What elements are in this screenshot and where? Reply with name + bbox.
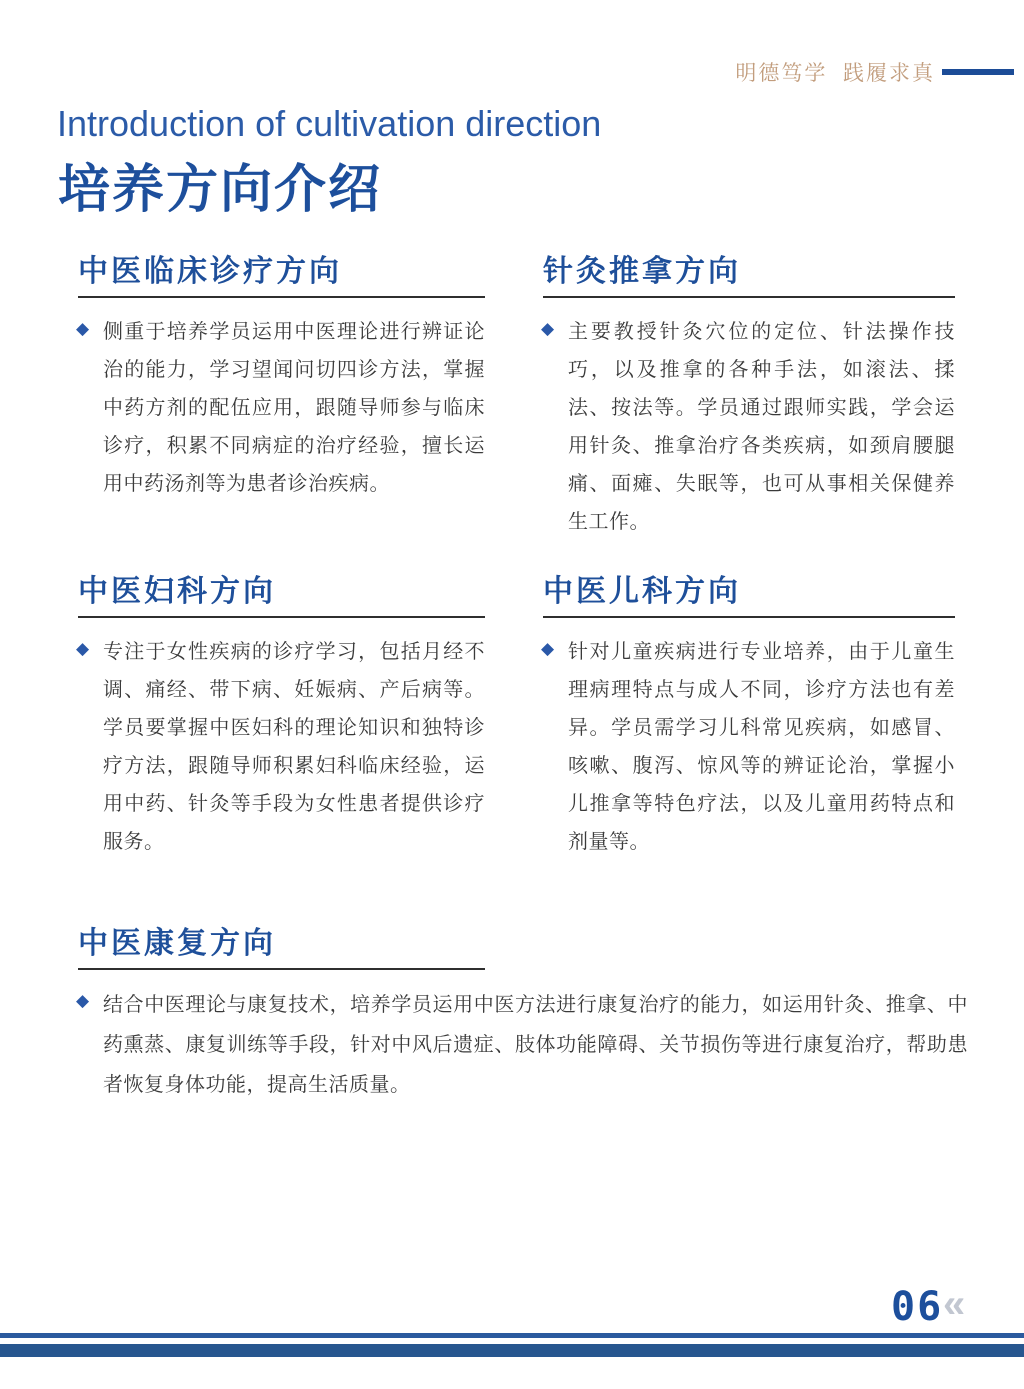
section-paragraph: ◆ 针对儿童疾病进行专业培养，由于儿童生理病理特点与成人不同，诊疗方法也有差异。…: [543, 633, 955, 861]
page-title-chinese: 培养方向介绍: [58, 147, 382, 222]
section-title: 中医临床诊疗方向: [78, 256, 485, 298]
section-body: 侧重于培养学员运用中医理论进行辨证论治的能力，学习望闻问切四诊方法，掌握中药方剂…: [103, 313, 485, 503]
page-title-english: Introduction of cultivation direction: [57, 103, 601, 145]
section-body: 针对儿童疾病进行专业培养，由于儿童生理病理特点与成人不同，诊疗方法也有差异。学员…: [568, 633, 955, 861]
section-body: 结合中医理论与康复技术，培养学员运用中医方法进行康复治疗的能力，如运用针灸、推拿…: [103, 985, 968, 1105]
diamond-bullet-icon: ◆: [76, 992, 89, 1009]
header-rule-line: [942, 69, 1014, 75]
section-tcm-clinical: 中医临床诊疗方向 ◆ 侧重于培养学员运用中医理论进行辨证论治的能力，学习望闻问切…: [78, 256, 485, 503]
brochure-page: 明德笃学 践履求真 Introduction of cultivation di…: [0, 0, 1024, 1389]
section-tcm-gynecology: 中医妇科方向 ◆ 专注于女性疾病的诊疗学习，包括月经不调、痛经、带下病、妊娠病、…: [78, 576, 485, 861]
section-title: 中医康复方向: [78, 928, 485, 970]
footer-thin-bar: [0, 1333, 1024, 1338]
section-body: 主要教授针灸穴位的定位、针法操作技巧，以及推拿的各种手法，如滚法、揉法、按法等。…: [568, 313, 955, 541]
diamond-bullet-icon: ◆: [541, 320, 554, 337]
footer-thick-bar: [0, 1344, 1024, 1357]
section-tcm-rehabilitation: 中医康复方向 ◆ 结合中医理论与康复技术，培养学员运用中医方法进行康复治疗的能力…: [78, 928, 968, 1105]
diamond-bullet-icon: ◆: [541, 640, 554, 657]
section-acupuncture-tuina: 针灸推拿方向 ◆ 主要教授针灸穴位的定位、针法操作技巧，以及推拿的各种手法，如滚…: [543, 256, 955, 541]
double-chevron-icon: «: [943, 1282, 965, 1327]
section-paragraph: ◆ 专注于女性疾病的诊疗学习，包括月经不调、痛经、带下病、妊娠病、产后病等。学员…: [78, 633, 485, 861]
section-title: 针灸推拿方向: [543, 256, 955, 298]
diamond-bullet-icon: ◆: [76, 320, 89, 337]
section-tcm-pediatrics: 中医儿科方向 ◆ 针对儿童疾病进行专业培养，由于儿童生理病理特点与成人不同，诊疗…: [543, 576, 955, 861]
section-paragraph: ◆ 侧重于培养学员运用中医理论进行辨证论治的能力，学习望闻问切四诊方法，掌握中药…: [78, 313, 485, 503]
page-motto: 明德笃学 践履求真: [735, 57, 935, 87]
diamond-bullet-icon: ◆: [76, 640, 89, 657]
section-body: 专注于女性疾病的诊疗学习，包括月经不调、痛经、带下病、妊娠病、产后病等。学员要掌…: [103, 633, 485, 861]
page-number: 06: [891, 1284, 943, 1330]
section-title: 中医儿科方向: [543, 576, 955, 618]
section-title: 中医妇科方向: [78, 576, 485, 618]
section-paragraph: ◆ 结合中医理论与康复技术，培养学员运用中医方法进行康复治疗的能力，如运用针灸、…: [78, 985, 968, 1105]
section-paragraph: ◆ 主要教授针灸穴位的定位、针法操作技巧，以及推拿的各种手法，如滚法、揉法、按法…: [543, 313, 955, 541]
